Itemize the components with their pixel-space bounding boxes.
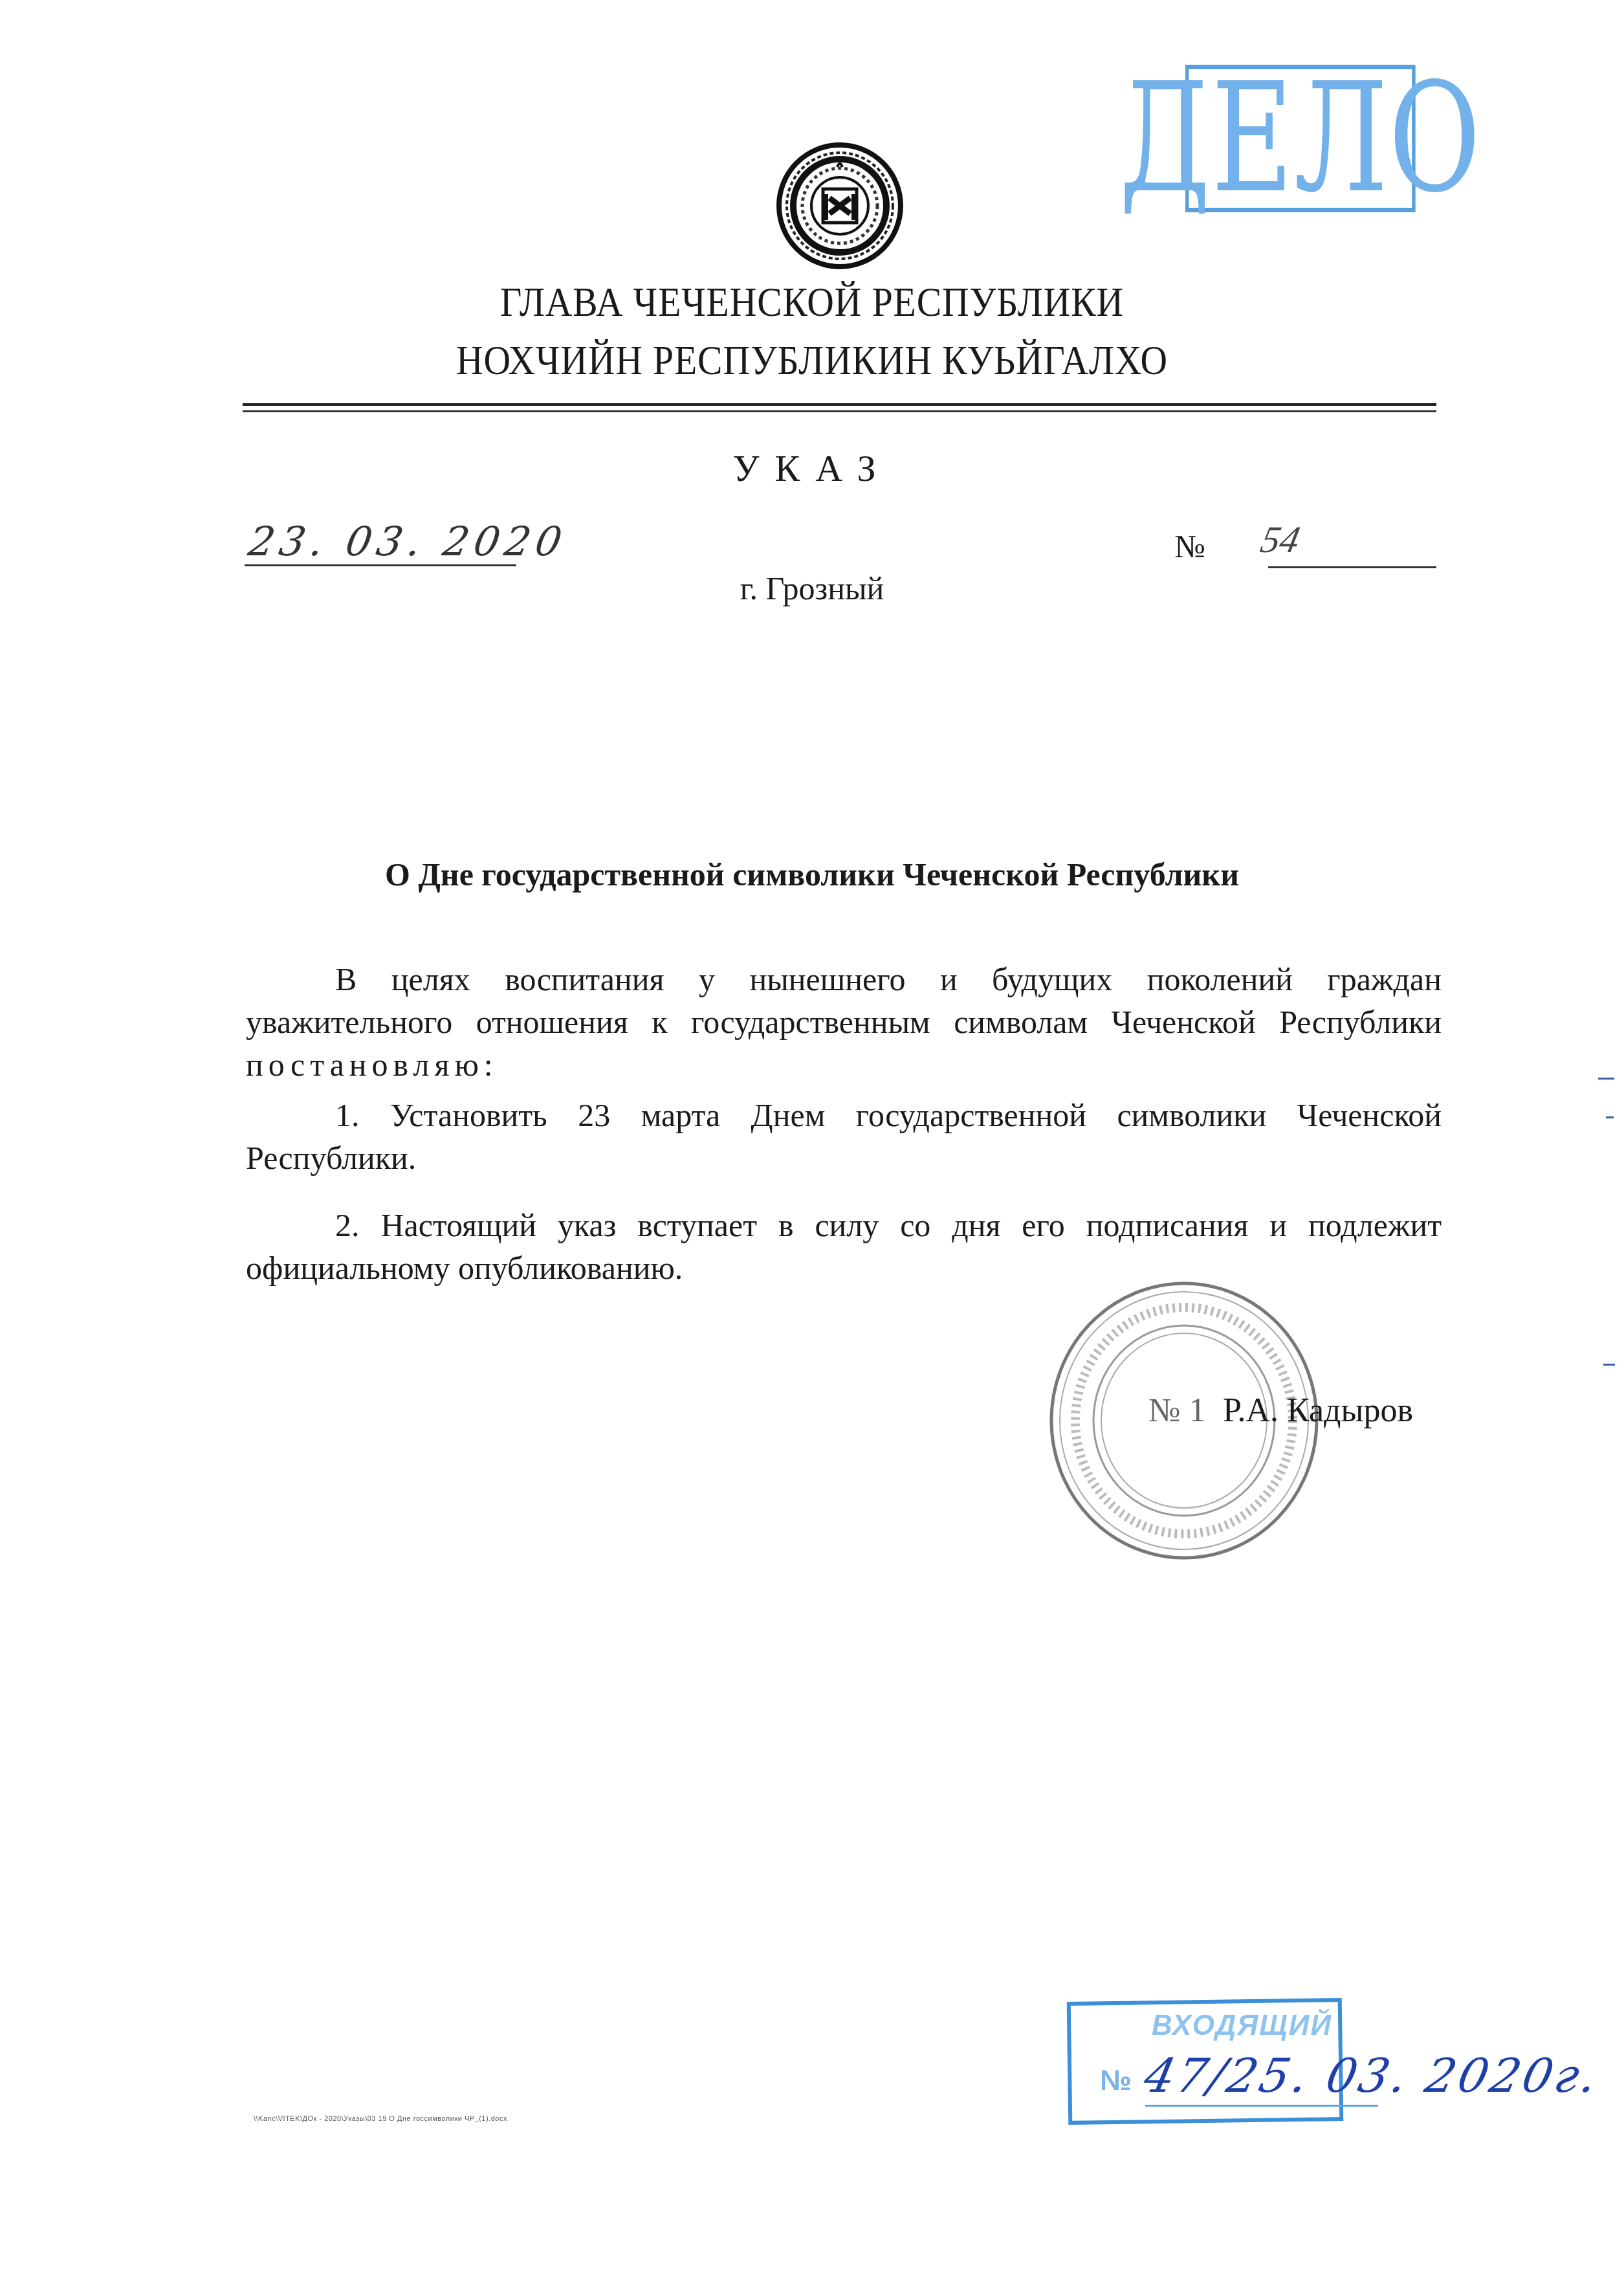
issuer-title-chechen: НОХЧИЙН РЕСПУБЛИКИН КУЬЙГАЛХО (82, 337, 1543, 384)
delo-stamp-text: ДЕЛО (1119, 63, 1482, 214)
handwritten-date: 23. 03. 2020 (245, 518, 571, 565)
coat-of-arms-emblem (775, 141, 905, 271)
incoming-registration-value: 47/25. 03. 2020г. (1139, 2048, 1605, 2103)
handwritten-number: 54 (1257, 518, 1304, 561)
item-2: 2. Настоящий указ вступает в силу со дня… (246, 1204, 1442, 1289)
incoming-number-label: № (1100, 2065, 1132, 2097)
decree-title: О Дне государственной символики Чеченско… (0, 856, 1624, 893)
incoming-underline (1145, 2105, 1378, 2107)
header-divider-secondary (243, 410, 1436, 412)
seal-number: № 1 (1148, 1391, 1206, 1430)
file-path-footer: \\Kanc\VITEK\ДОк - 2020\Указы\03 19 О Дн… (254, 2115, 507, 2123)
issuer-title-russian: ГЛАВА ЧЕЧЕНСКОЙ РЕСПУБЛИКИ (82, 278, 1543, 326)
signer-name: Р.А. Кадыров (1223, 1391, 1413, 1430)
decree-word: постановляю: (246, 1047, 498, 1083)
margin-mark (1603, 1364, 1615, 1366)
city: г. Грозный (0, 570, 1624, 607)
item-1-text: 1. Установить 23 марта Днем государствен… (246, 1097, 1442, 1176)
item-2-text: 2. Настоящий указ вступает в силу со дня… (246, 1207, 1442, 1286)
incoming-stamp-label: ВХОДЯЩИЙ (1152, 2010, 1332, 2042)
document-type: УКАЗ (0, 447, 1624, 490)
number-underline (1268, 566, 1436, 568)
delo-stamp: ДЕЛО (1185, 65, 1416, 212)
margin-mark (1606, 1116, 1614, 1118)
preamble-text: В целях воспитания у нынешнего и будущих… (246, 961, 1442, 1040)
number-label: № (1174, 527, 1205, 565)
margin-mark (1598, 1078, 1614, 1080)
item-1: 1. Установить 23 марта Днем государствен… (246, 1094, 1442, 1179)
date-underline (245, 564, 516, 566)
preamble: В целях воспитания у нынешнего и будущих… (246, 958, 1442, 1086)
header-divider (243, 403, 1436, 406)
